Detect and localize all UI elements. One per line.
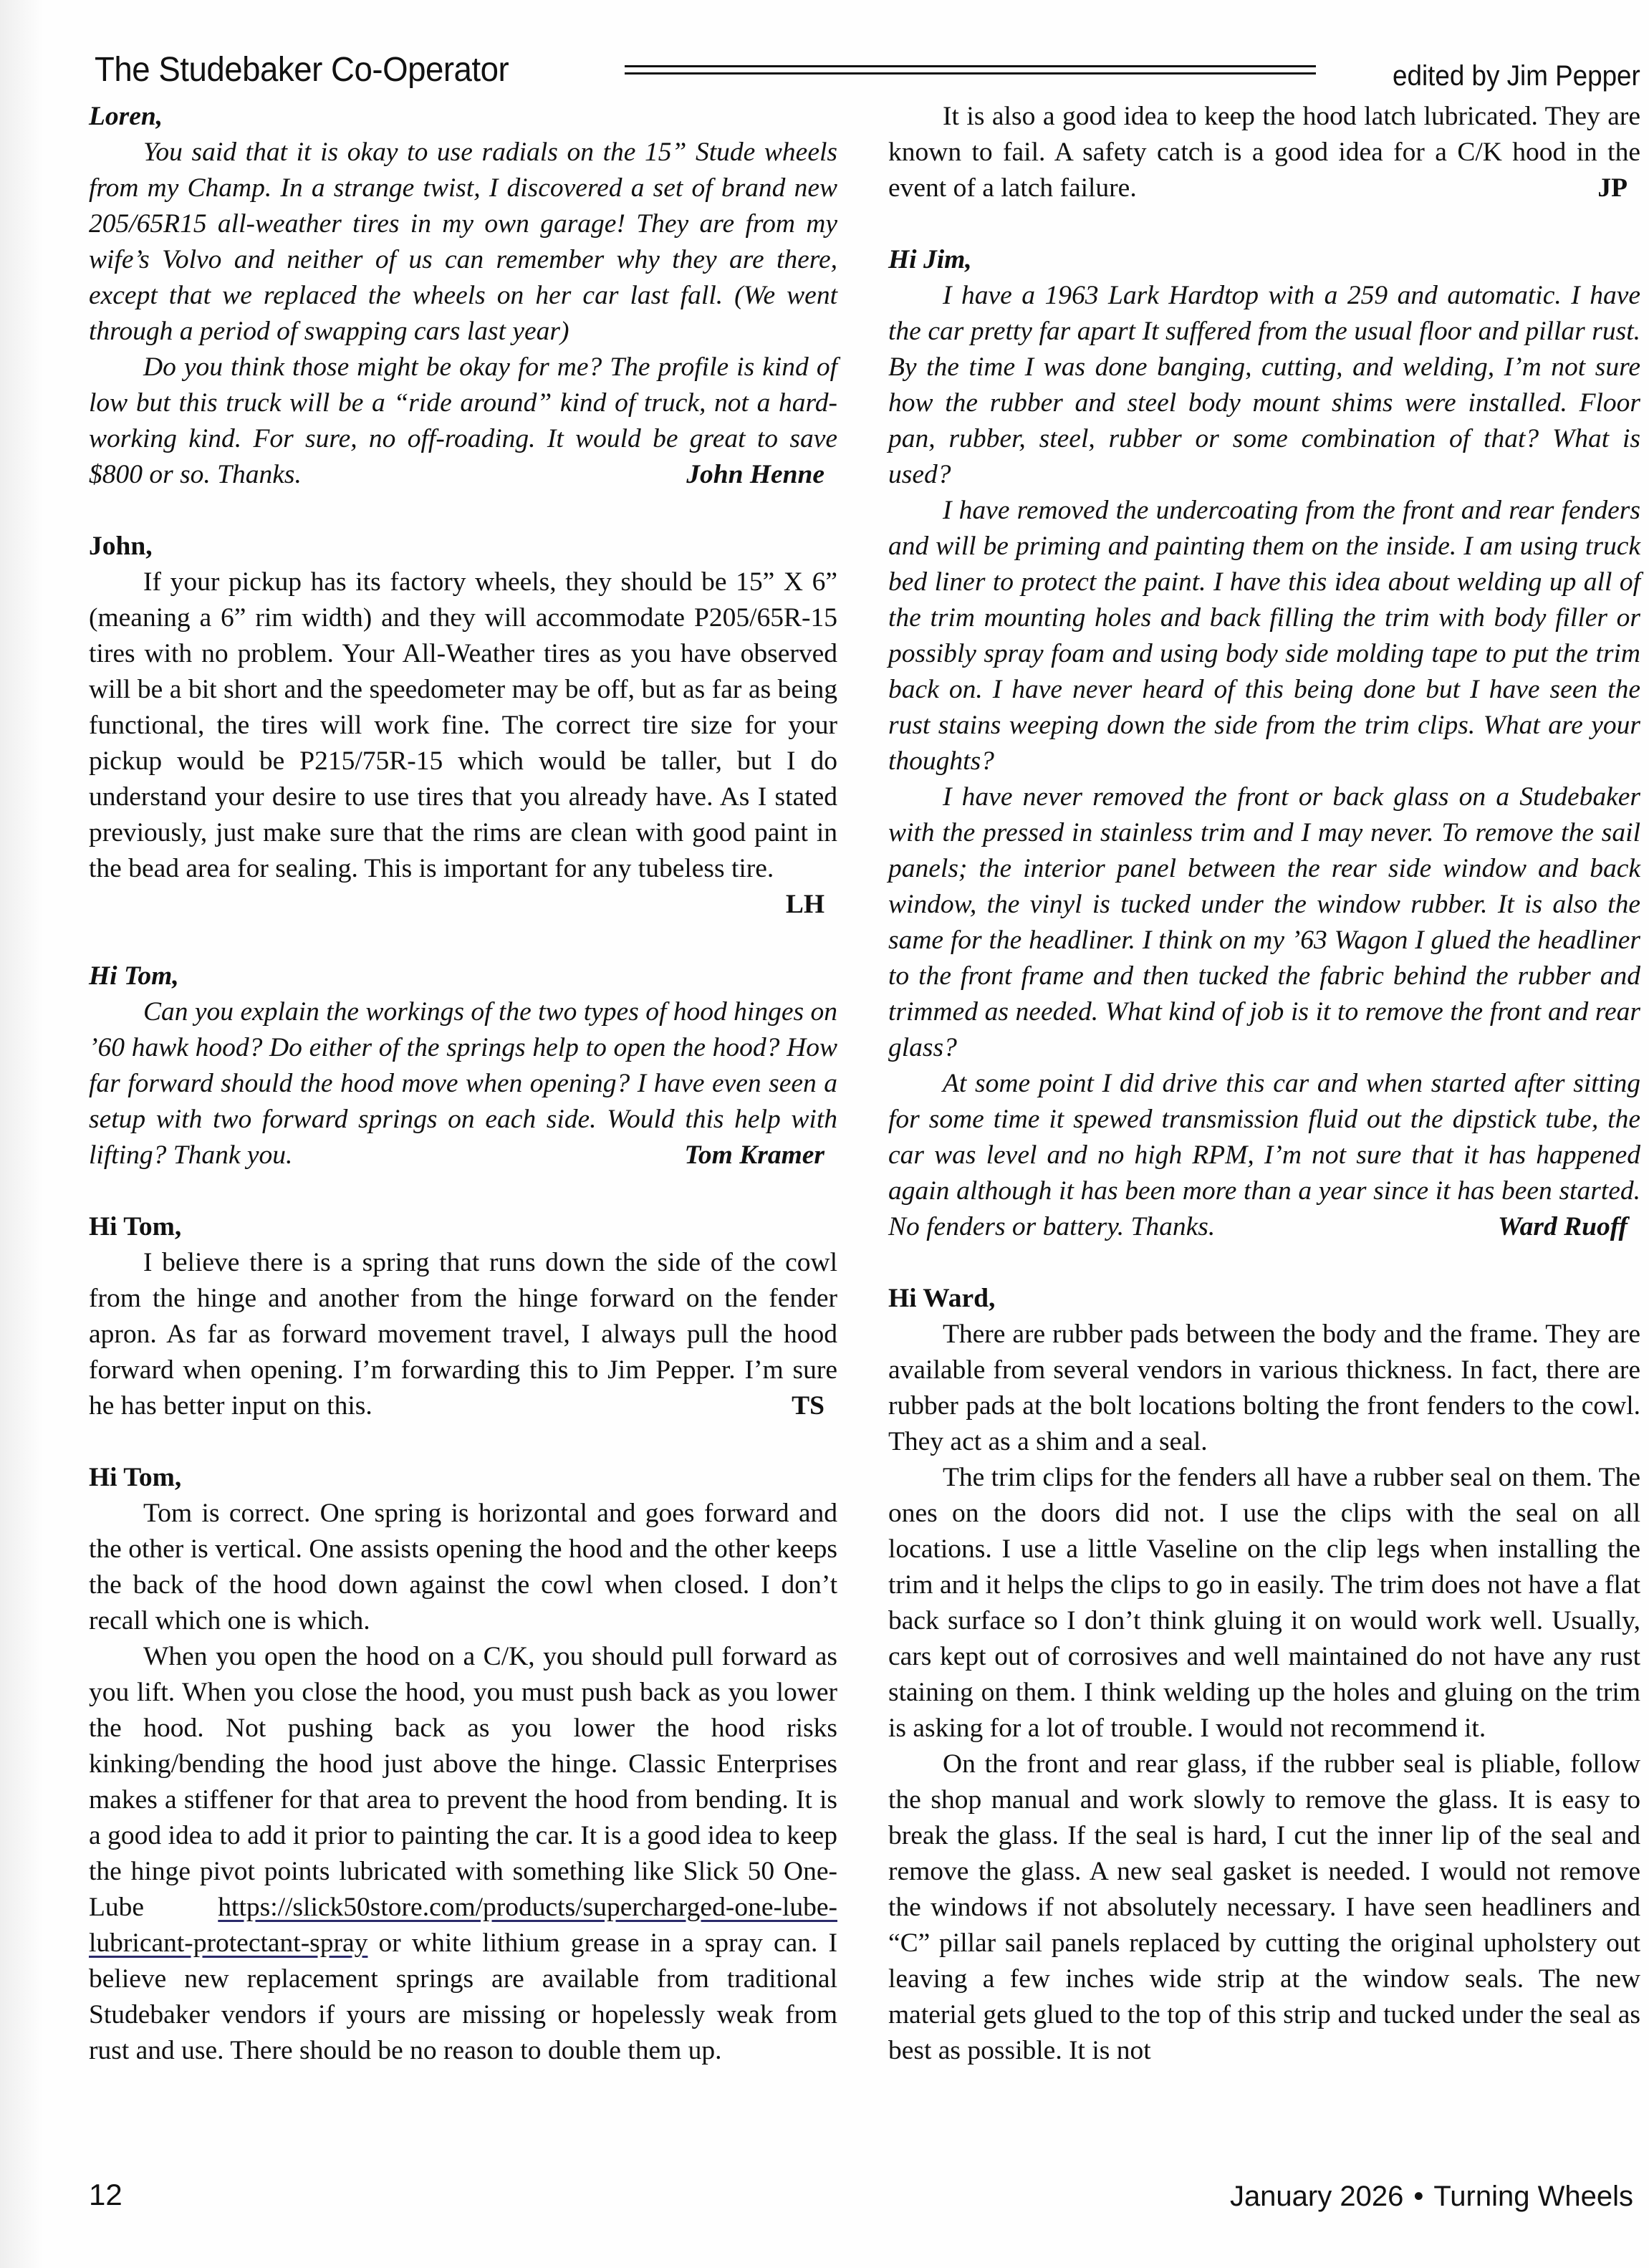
reader-letter-john-henne: Loren, You said that it is okay to use r… xyxy=(89,99,837,493)
reply-paragraph: If your pickup has its factory wheels, t… xyxy=(89,564,837,887)
magazine-page: The Studebaker Co-Operator edited by Jim… xyxy=(0,0,1649,2268)
salutation: Hi Jim, xyxy=(888,242,1640,278)
reply-paragraph: I believe there is a spring that runs do… xyxy=(89,1245,837,1424)
bullet-separator: • xyxy=(1413,2181,1423,2212)
publication-name: Turning Wheels xyxy=(1433,2181,1633,2212)
salutation: Hi Tom, xyxy=(89,1460,837,1496)
letter-paragraph: I have a 1963 Lark Hardtop with a 259 an… xyxy=(888,278,1640,493)
page-number: 12 xyxy=(89,2178,122,2212)
reply-paragraph: There are rubber pads between the body a… xyxy=(888,1317,1640,1460)
reply-paragraph: When you open the hood on a C/K, you sho… xyxy=(89,1639,837,2069)
letter-paragraph: Can you explain the workings of the two … xyxy=(89,994,837,1173)
letter-paragraph: I have removed the undercoating from the… xyxy=(888,493,1640,779)
reader-letter-ward-ruoff: Hi Jim, I have a 1963 Lark Hardtop with … xyxy=(888,242,1640,1245)
letter-paragraph: At some point I did drive this car and w… xyxy=(888,1066,1640,1245)
left-column: Loren, You said that it is okay to use r… xyxy=(89,99,837,2105)
letter-paragraph: Do you think those might be okay for me?… xyxy=(89,350,837,493)
reply-to-ward: Hi Ward, There are rubber pads between t… xyxy=(888,1281,1640,2069)
letter-paragraph: You said that it is okay to use radials … xyxy=(89,135,837,350)
editor-credit: edited by Jim Pepper xyxy=(1393,60,1640,92)
scan-edge-shadow xyxy=(0,0,43,2268)
salutation: John, xyxy=(89,529,837,564)
salutation: Loren, xyxy=(89,99,837,135)
salutation: Hi Ward, xyxy=(888,1281,1640,1317)
signature: Ward Ruoff xyxy=(1443,1209,1628,1245)
letter-paragraph: I have never removed the front or back g… xyxy=(888,779,1640,1066)
reader-letter-tom-kramer: Hi Tom, Can you explain the workings of … xyxy=(89,958,837,1173)
reply-jp-continued: It is also a good idea to keep the hood … xyxy=(888,99,1640,206)
issue-footer: January 2026•Turning Wheels xyxy=(1230,2181,1633,2213)
right-column: It is also a good idea to keep the hood … xyxy=(888,99,1640,2105)
signature: Tom Kramer xyxy=(630,1138,824,1173)
salutation: Hi Tom, xyxy=(89,958,837,994)
signature: LH xyxy=(731,887,824,923)
reply-lh: John, If your pickup has its factory whe… xyxy=(89,529,837,923)
column-title: The Studebaker Co-Operator xyxy=(95,50,509,90)
reply-paragraph: It is also a good idea to keep the hood … xyxy=(888,99,1640,206)
signature: JP xyxy=(1543,170,1628,206)
reply-paragraph: On the front and rear glass, if the rubb… xyxy=(888,1746,1640,2069)
header-double-rule xyxy=(625,65,1316,75)
signature: TS xyxy=(737,1388,824,1424)
reply-jp: Hi Tom, Tom is correct. One spring is ho… xyxy=(89,1460,837,2069)
reply-paragraph: The trim clips for the fenders all have … xyxy=(888,1460,1640,1746)
signature: John Henne xyxy=(632,457,824,493)
reply-ts: Hi Tom, I believe there is a spring that… xyxy=(89,1209,837,1424)
issue-date: January 2026 xyxy=(1230,2181,1403,2212)
salutation: Hi Tom, xyxy=(89,1209,837,1245)
reply-paragraph: Tom is correct. One spring is horizontal… xyxy=(89,1496,837,1639)
